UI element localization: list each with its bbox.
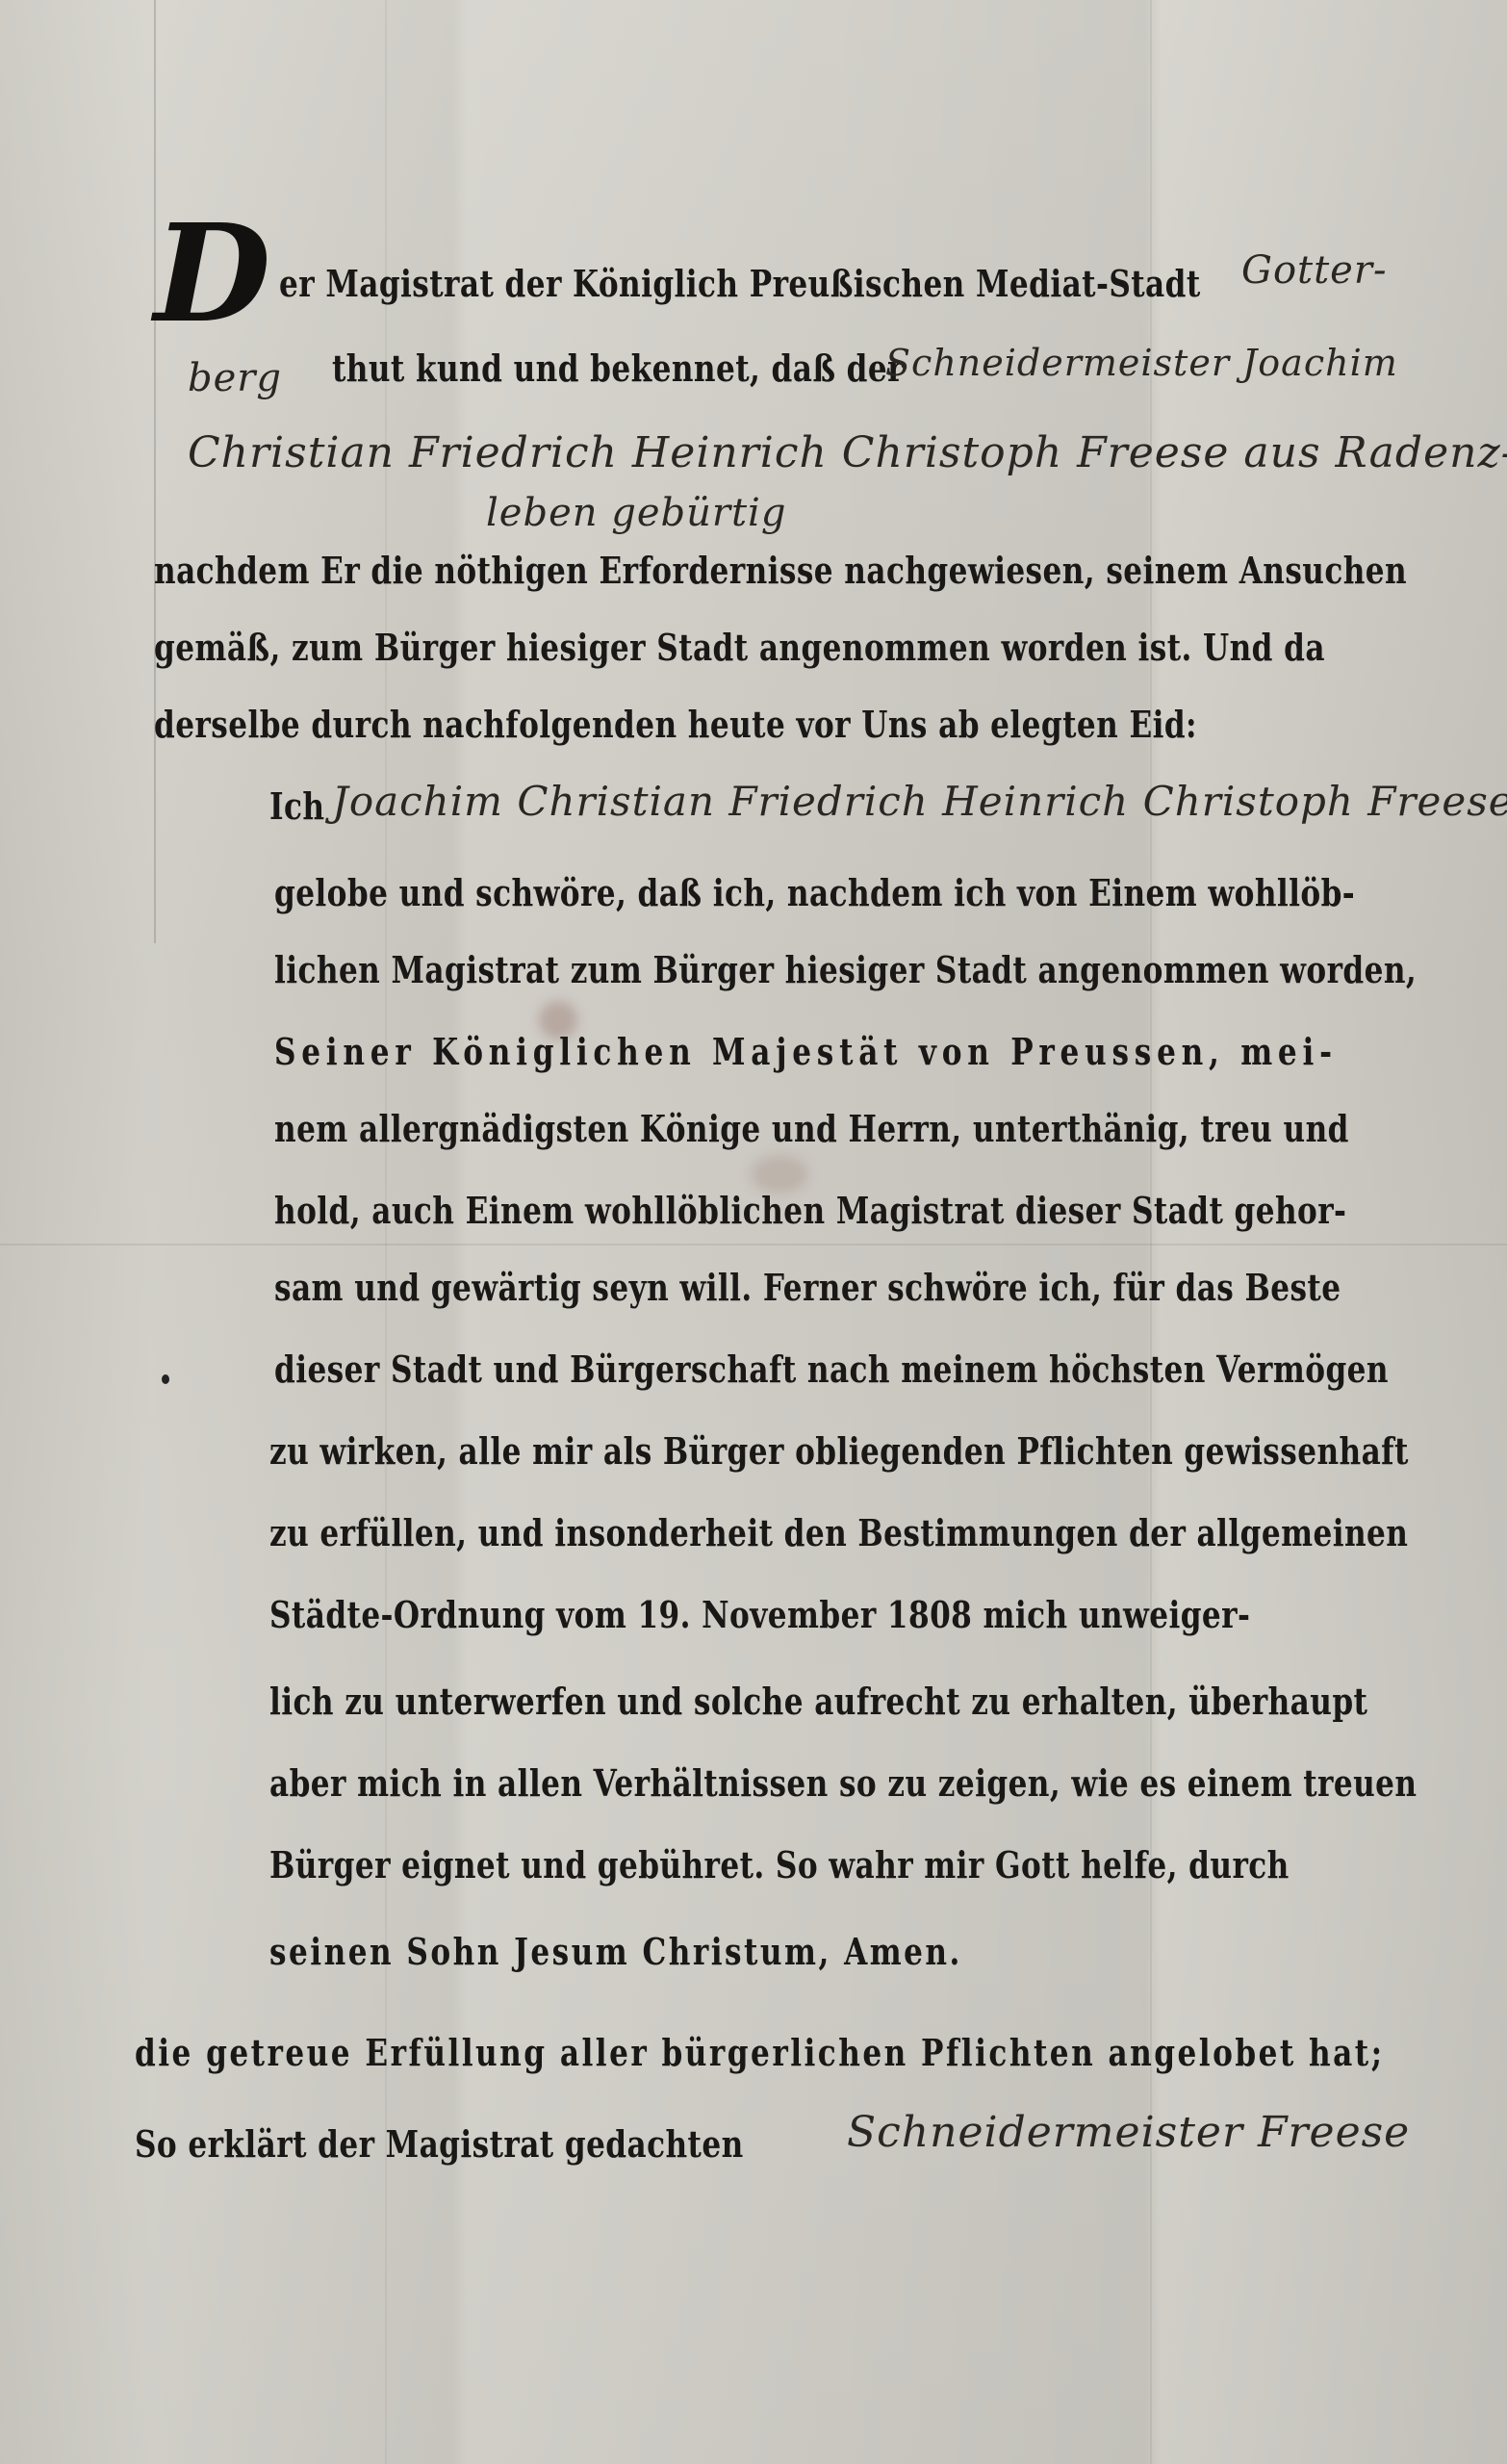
oath-line: sam und gewärtig seyn will. Ferner schwö… <box>274 1266 1341 1309</box>
oath-opening: Ich <box>269 784 337 828</box>
header-print: er Magistrat der Königlich Preußischen M… <box>279 262 1201 305</box>
closing-line-1: die getreue Erfüllung aller bürgerlichen… <box>135 2031 1385 2074</box>
header-line-1: er Magistrat der Königlich Preußischen M… <box>279 262 1403 305</box>
oath-line: lichen Magistrat zum Bürger hiesiger Sta… <box>274 948 1417 991</box>
oath-line: zu erfüllen, und insonderheit den Bestim… <box>269 1511 1408 1554</box>
handwritten-birthplace: leben gebürtig <box>486 491 786 535</box>
closing-line-2: So erklärt der Magistrat gedachten <box>135 2122 878 2166</box>
oath-line: seinen Sohn Jesum Christum, Amen. <box>269 1930 962 1973</box>
handwritten-full-name: Christian Friedrich Heinrich Christoph F… <box>188 428 1507 477</box>
oath-line: Städte-Ordnung vom 19. November 1808 mic… <box>269 1593 1250 1636</box>
oath-line: gelobe und schwöre, daß ich, nachdem ich… <box>274 871 1355 914</box>
paper-crease <box>0 1244 1507 1245</box>
handwritten-oath-name: Joachim Christian Friedrich Heinrich Chr… <box>332 778 1507 825</box>
body-line-3: derselbe durch nachfolgenden heute vor U… <box>154 703 1197 746</box>
body-line-2: gemäß, zum Bürger hiesiger Stadt angenom… <box>154 626 1325 669</box>
oath-line: zu wirken, alle mir als Bürger obliegend… <box>269 1429 1409 1473</box>
oath-line: Seiner Königlichen Majestät von Preussen… <box>274 1030 1338 1073</box>
drop-cap: D <box>154 207 270 342</box>
oath-line: aber mich in allen Verhältnissen so zu z… <box>269 1761 1417 1805</box>
oath-line: lich zu unterwerfen und solche aufrecht … <box>269 1680 1367 1723</box>
handwritten-occupation-name: Schneidermeister Joachim <box>885 342 1398 384</box>
ink-stain <box>751 1155 808 1193</box>
oath-line: nem allergnädigsten Könige und Herrn, un… <box>274 1107 1349 1150</box>
oath-line: hold, auch Einem wohllöblichen Magistrat… <box>274 1189 1346 1232</box>
margin-mark <box>162 1374 169 1384</box>
oath-line: dieser Stadt und Bürgerschaft nach meine… <box>274 1347 1389 1391</box>
oath-line: Bürger eignet und gebühret. So wahr mir … <box>269 1843 1290 1886</box>
paper-fold <box>154 0 156 943</box>
body-line-1: nachdem Er die nöthigen Erfordernisse na… <box>154 549 1407 592</box>
handwritten-town-cont: berg <box>188 356 282 400</box>
handwritten-closing-name: Schneidermeister Freese <box>847 2108 1410 2157</box>
handwritten-town: Gotter- <box>1241 248 1388 293</box>
